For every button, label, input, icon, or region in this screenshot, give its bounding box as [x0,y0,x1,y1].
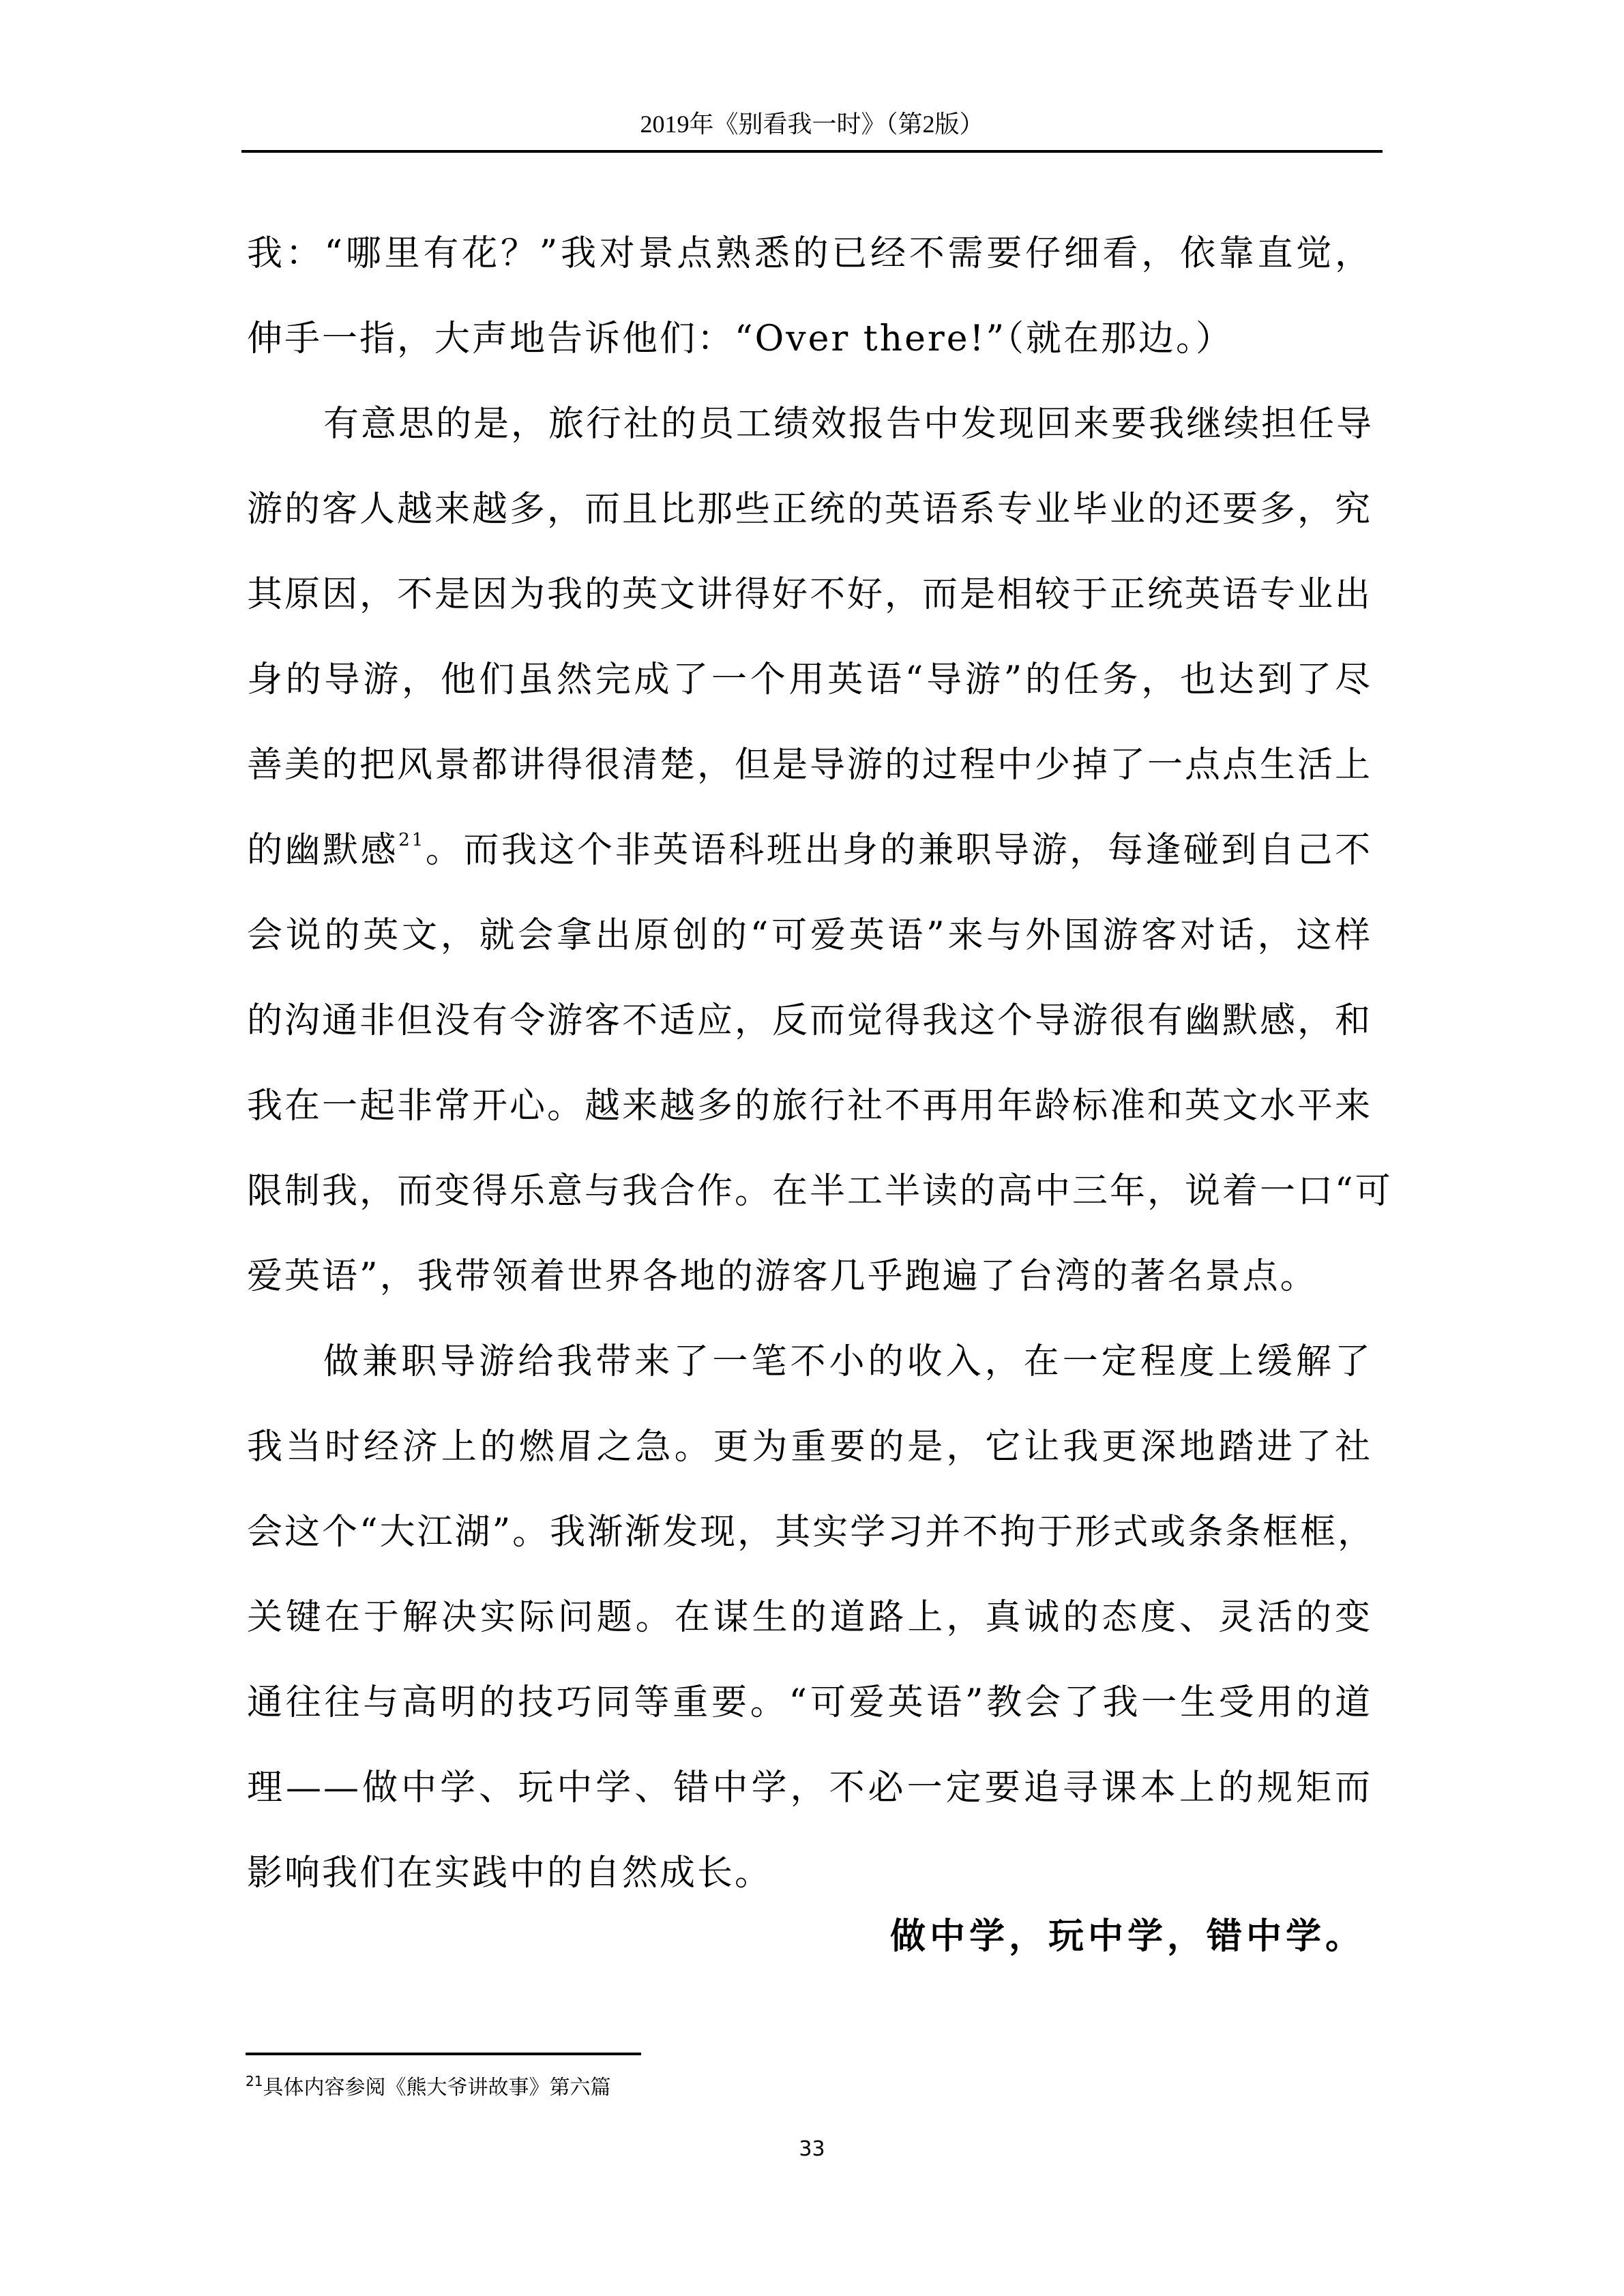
text-segment: 。而我这个非英语科班出身的兼职导游，每逢碰到自己不 [425,830,1372,871]
text-line: 理——做中学、玩中学、错中学，不必一定要追寻课本上的规矩而 [247,1746,1372,1831]
text-line: 伸手一指，大声地告诉他们：“Over there!”（就在那边。） [247,297,1372,382]
body-text: 我：“哪里有花？”我对景点熟悉的已经不需要仔细看，依靠直觉， 伸手一指，大声地告… [247,211,1372,1916]
running-header-title: 2019年《别看我一时》（第2版） [241,109,1383,139]
text-line: 限制我，而变得乐意与我合作。在半工半读的高中三年，说着一口“可 [247,1149,1372,1234]
text-line: 我当时经济上的燃眉之急。更为重要的是，它让我更深地踏进了社 [247,1405,1372,1490]
motto-quote: 做中学，玩中学，错中学。 [890,1909,1365,1964]
footnote-reference[interactable]: 21 [398,830,425,850]
text-line: 通往往与高明的技巧同等重要。“可爱英语”教会了我一生受用的道 [247,1660,1372,1746]
text-segment: 的幽默感 [247,830,398,871]
text-line: 爱英语”，我带领着世界各地的游客几乎跑遍了台湾的著名景点。 [247,1234,1372,1320]
text-line: 关键在于解决实际问题。在谋生的道路上，真诚的态度、灵活的变 [247,1575,1372,1660]
text-line: 我在一起非常开心。越来越多的旅行社不再用年龄标准和英文水平来 [247,1064,1372,1149]
text-line: 会这个“大江湖”。我渐渐发现，其实学习并不拘于形式或条条框框， [247,1490,1372,1575]
text-line: 善美的把风景都讲得很清楚，但是导游的过程中少掉了一点点生活上 [247,723,1372,808]
text-line: 影响我们在实践中的自然成长。 [247,1831,1372,1916]
paragraph-start-line: 做兼职导游给我带来了一笔不小的收入，在一定程度上缓解了 [247,1320,1372,1405]
text-line-with-footnote: 的幽默感21。而我这个非英语科班出身的兼职导游，每逢碰到自己不 [247,808,1372,893]
footnote: 21具体内容参阅《熊大爷讲故事》第六篇 [246,2066,610,2103]
text-line: 身的导游，他们虽然完成了一个用英语“导游”的任务，也达到了尽 [247,638,1372,723]
text-line: 的沟通非但没有令游客不适应，反而觉得我这个导游很有幽默感，和 [247,979,1372,1064]
page-number: 33 [0,2134,1624,2164]
text-line: 游的客人越来越多，而且比那些正统的英语系专业毕业的还要多，究 [247,467,1372,552]
footnote-text: 具体内容参阅《熊大爷讲故事》第六篇 [263,2076,610,2100]
header-divider [241,150,1383,153]
footnote-divider [246,2053,641,2055]
text-line: 我：“哪里有花？”我对景点熟悉的已经不需要仔细看，依靠直觉， [247,211,1372,297]
text-line: 其原因，不是因为我的英文讲得好不好，而是相较于正统英语专业出 [247,552,1372,638]
footnote-number: 21 [246,2073,263,2089]
text-line: 会说的英文，就会拿出原创的“可爱英语”来与外国游客对话，这样 [247,893,1372,979]
paragraph-start-line: 有意思的是，旅行社的员工绩效报告中发现回来要我继续担任导 [247,382,1372,467]
